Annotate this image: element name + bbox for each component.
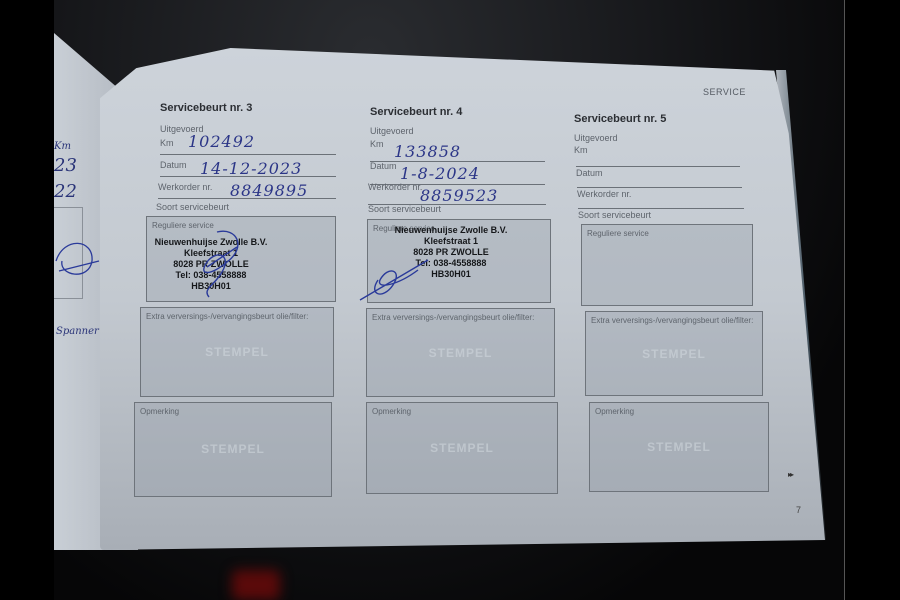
opmerking-box-3: Opmerking STEMPEL [134, 402, 332, 497]
km-label: Km [574, 145, 588, 155]
km-rule [576, 166, 740, 167]
extra-label: Extra verversings-/vervangingsbeurt olie… [146, 312, 308, 321]
letterbox-left [0, 0, 54, 600]
stamp-line: Nieuwenhuijse Zwolle B.V. [386, 225, 516, 236]
red-light [232, 570, 280, 600]
signature-icon [177, 227, 257, 302]
service-title: Servicebeurt nr. 3 [160, 102, 252, 114]
extra-label: Extra verversings-/vervangingsbeurt olie… [591, 316, 753, 325]
reguliere-service-box-4: Reguliere service Nieuwenhuijse Zwolle B… [367, 219, 551, 303]
uitgevoerd-label: Uitgevoerd [574, 133, 618, 143]
werkorder-label: Werkorder nr. [368, 182, 422, 192]
soort-label: Soort servicebeurt [578, 210, 651, 220]
reguliere-service-box-5: Reguliere service [581, 224, 753, 306]
opmerking-label: Opmerking [372, 407, 411, 416]
left-handwriting-km: Km [54, 141, 71, 152]
opmerking-box-5: Opmerking STEMPEL [589, 402, 769, 492]
section-label: SERVICE [703, 87, 746, 97]
extra-label: Extra verversings-/vervangingsbeurt olie… [372, 313, 534, 322]
stamp-line: Kleefstraat 1 [386, 236, 516, 247]
left-signature-icon [54, 231, 104, 291]
page-number: 7 [796, 505, 801, 515]
stempel-watermark: STEMPEL [367, 441, 557, 455]
left-handwriting-2: 22 [54, 181, 77, 202]
werkorder-label: Werkorder nr. [577, 189, 631, 199]
service-title: Servicebeurt nr. 5 [574, 113, 666, 125]
stempel-watermark: STEMPEL [590, 440, 768, 454]
reguliere-label: Reguliere service [587, 229, 649, 238]
service-booklet-photo: Km 23 22 Spanner SERVICE Servicebeurt nr… [0, 0, 900, 600]
letterbox-right [844, 0, 900, 600]
stempel-watermark: STEMPEL [141, 345, 333, 359]
next-page-icon: ▸▸ [788, 470, 792, 479]
signature-icon [358, 250, 438, 305]
werkorder-rule [578, 208, 744, 209]
km-value: 133858 [394, 142, 461, 161]
km-label: Km [370, 139, 384, 149]
werkorder-label: Werkorder nr. [158, 182, 212, 192]
service-title: Servicebeurt nr. 4 [370, 106, 462, 118]
km-label: Km [160, 138, 174, 148]
datum-rule [577, 187, 742, 188]
datum-label: Datum [576, 168, 603, 178]
uitgevoerd-label: Uitgevoerd [370, 126, 414, 136]
opmerking-label: Opmerking [595, 407, 634, 416]
soort-label: Soort servicebeurt [156, 202, 229, 212]
km-rule [160, 154, 336, 155]
datum-label: Datum [160, 160, 187, 170]
extra-box-3: Extra verversings-/vervangingsbeurt olie… [140, 307, 334, 397]
werkorder-rule [158, 198, 336, 199]
left-handwriting-1: 23 [54, 155, 77, 176]
extra-box-5: Extra verversings-/vervangingsbeurt olie… [585, 311, 763, 396]
opmerking-box-4: Opmerking STEMPEL [366, 402, 558, 494]
km-value: 102492 [188, 132, 255, 151]
left-handwriting-3: Spanner [56, 326, 99, 337]
extra-box-4: Extra verversings-/vervangingsbeurt olie… [366, 308, 555, 397]
opmerking-label: Opmerking [140, 407, 179, 416]
datum-rule [160, 176, 336, 177]
werkorder-value: 8859523 [420, 186, 498, 205]
stempel-watermark: STEMPEL [135, 442, 331, 456]
stempel-watermark: STEMPEL [367, 346, 554, 360]
soort-label: Soort servicebeurt [368, 204, 441, 214]
datum-label: Datum [370, 161, 397, 171]
stempel-watermark: STEMPEL [586, 347, 762, 361]
datum-value: 1-8-2024 [400, 164, 480, 183]
reguliere-service-box-3: Reguliere service Nieuwenhuijse Zwolle B… [146, 216, 336, 302]
